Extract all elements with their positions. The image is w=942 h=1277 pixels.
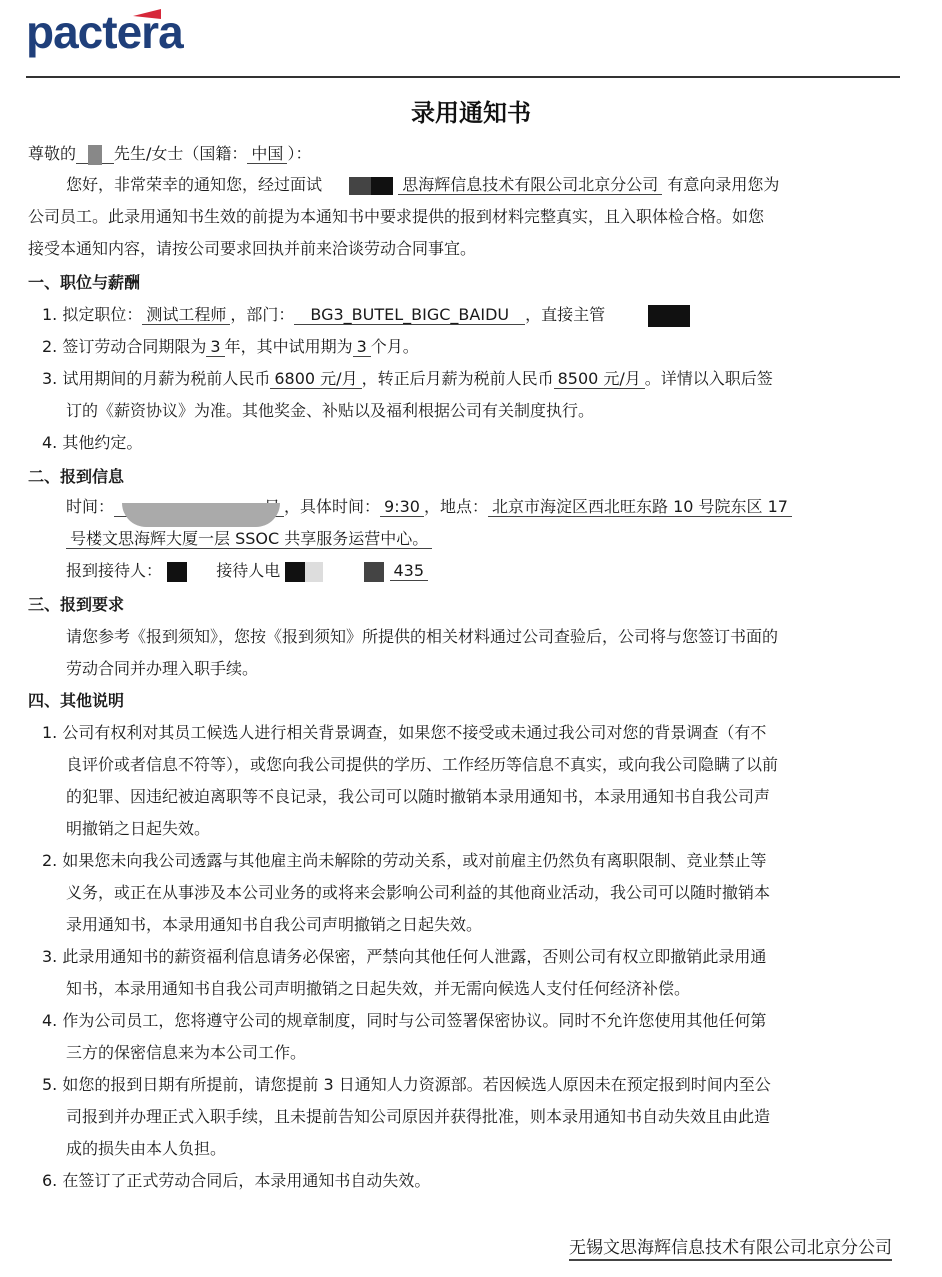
position-value: 测试工程师 [142, 305, 230, 325]
label: ，转正后月薪为税前人民币 [362, 369, 554, 388]
location-line-1: 北京市海淀区西北旺东路 10 号院东区 17 [488, 497, 792, 517]
note-2-line-2: 义务，或正在从事涉及本公司业务的或将来会影响公司利益的其他商业活动，我公司可以随… [66, 882, 770, 904]
note-1-line-1: 1. 公司有权利对其员工候选人进行相关背景调查，如果您不接受或未通过我公司对您的… [42, 722, 766, 744]
label: 。详情以入职后签 [645, 369, 773, 388]
honorific: 先生/女士（国籍： [114, 144, 247, 163]
note-text: 公司有权利对其员工候选人进行相关背景调查，如果您不接受或未通过我公司对您的背景调… [62, 723, 766, 742]
salary-line-2: 订的《薪资协议》为准。其他奖金、补贴以及福利根据公司有关制度执行。 [66, 400, 594, 422]
contract-term-line: 2. 签订劳动合同期限为3年，其中试用期为3个月。 [42, 336, 419, 358]
label: 拟定职位： [62, 305, 142, 324]
requirements-line-2: 劳动合同并办理入职手续。 [66, 658, 258, 680]
intro-text: 有意向录用您为 [667, 175, 779, 194]
document-title: 录用通知书 [0, 93, 942, 128]
label: 其他约定。 [62, 433, 142, 452]
label: 年，其中试用期为 [225, 337, 353, 356]
header-divider [26, 76, 900, 78]
redaction-block [371, 177, 393, 195]
note-3-line-2: 知书，本录用通知书自我公司声明撤销之日起失效，并无需向候选人支付任何经济补偿。 [66, 978, 690, 1000]
note-2-line-1: 2. 如果您未向我公司透露与其他雇主尚未解除的劳动关系，或对前雇主仍然负有离职限… [42, 850, 766, 872]
company-name: 思海辉信息技术有限公司北京分公司 [398, 175, 662, 195]
label: 报到接待人： [66, 561, 162, 580]
note-text: 在签订了正式劳动合同后，本录用通知书自动失效。 [62, 1171, 430, 1190]
item-number: 5. [42, 1075, 57, 1094]
note-5-line-1: 5. 如您的报到日期有所提前，请您提前 3 日通知人力资源部。若因候选人原因未在… [42, 1074, 771, 1096]
receptionist-redaction [167, 562, 187, 582]
company-signature: 无锡文思海辉信息技术有限公司北京分公司 [569, 1233, 892, 1261]
item-number: 3. [42, 947, 57, 966]
phone-redaction [364, 562, 384, 582]
item-number: 2. [42, 851, 57, 870]
label: 时间： [66, 497, 114, 516]
location-line-2-row: 号楼文思海辉大厦一层 SSOC 共享服务运营中心。 [66, 528, 432, 550]
note-1-line-3: 的犯罪、因违纪被迫离职等不良记录，我公司可以随时撤销本录用通知书，本录用通知书自… [66, 786, 770, 808]
candidate-name [76, 144, 114, 164]
other-agreement-line: 4. 其他约定。 [42, 432, 142, 454]
label: 签订劳动合同期限为 [62, 337, 206, 356]
nationality: 中国 [247, 144, 287, 164]
regular-salary: 8500 元/月 [554, 369, 645, 389]
label: 个月。 [371, 337, 419, 356]
phone-redaction [305, 562, 323, 582]
salutation: 尊敬的 [28, 144, 76, 163]
item-number: 2. [42, 337, 57, 356]
location-line-2: 号楼文思海辉大厦一层 SSOC 共享服务运营中心。 [66, 529, 432, 549]
note-6-line-1: 6. 在签订了正式劳动合同后，本录用通知书自动失效。 [42, 1170, 430, 1192]
salary-line: 3. 试用期间的月薪为税前人民币6800 元/月，转正后月薪为税前人民币8500… [42, 368, 773, 390]
contract-years: 3 [206, 337, 224, 357]
greeting-close: ）： [287, 144, 311, 163]
label: ，地点： [424, 497, 488, 516]
section-heading-report-info: 二、报到信息 [28, 466, 124, 488]
note-5-line-2: 司报到并办理正式入职手续，且未提前告知公司原因并获得批准，则本录用通知书自动失效… [66, 1106, 770, 1128]
label: 接待人电 [216, 561, 280, 580]
item-number: 3. [42, 369, 57, 388]
requirements-line-1: 请您参考《报到须知》，您按《报到须知》所提供的相关材料通过公司查验后，公司将与您… [66, 626, 778, 648]
phone-redaction [285, 562, 305, 582]
item-number: 4. [42, 1011, 57, 1030]
label: ，直接主管 [525, 305, 605, 324]
redaction-block [349, 177, 371, 195]
logo-flag-icon [133, 9, 161, 21]
note-1-line-4: 明撤销之日起失效。 [66, 818, 210, 840]
redaction-block [88, 145, 102, 165]
item-number: 1. [42, 723, 57, 742]
section-heading-report-requirements: 三、报到要求 [28, 594, 124, 616]
position-line: 1. 拟定职位：测试工程师，部门：BG3_BUTEL_BIGC_BAIDU，直接… [42, 304, 690, 327]
note-text: 此录用通知书的薪资福利信息请务必保密，严禁向其他任何人泄露，否则公司有权立即撤销… [62, 947, 766, 966]
date-redaction-smear [122, 503, 280, 527]
note-4-line-1: 4. 作为公司员工，您将遵守公司的规章制度，同时与公司签署保密协议。同时不允许您… [42, 1010, 766, 1032]
section-heading-other-notes: 四、其他说明 [28, 690, 124, 712]
label: ，部门： [230, 305, 294, 324]
note-4-line-2: 三方的保密信息来为本公司工作。 [66, 1042, 306, 1064]
supervisor-redaction [648, 305, 690, 327]
note-text: 如果您未向我公司透露与其他雇主尚未解除的劳动关系，或对前雇主仍然负有离职限制、竞… [62, 851, 766, 870]
probation-salary: 6800 元/月 [270, 369, 361, 389]
note-5-line-3: 成的损失由本人负担。 [66, 1138, 226, 1160]
intro-line-2: 公司员工。此录用通知书生效的前提为本通知书中要求提供的报到材料完整真实，且入职体… [28, 206, 764, 228]
intro-line-1: 您好，非常荣幸的通知您，经过面试 思海辉信息技术有限公司北京分公司 有意向录用您… [66, 174, 779, 196]
intro-line-3: 接受本通知内容，请按公司要求回执并前来洽谈劳动合同事宜。 [28, 238, 476, 260]
item-number: 6. [42, 1171, 57, 1190]
greeting-line: 尊敬的先生/女士（国籍：中国）： [28, 143, 311, 165]
note-3-line-1: 3. 此录用通知书的薪资福利信息请务必保密，严禁向其他任何人泄露，否则公司有权立… [42, 946, 766, 968]
label: ，具体时间： [284, 497, 380, 516]
section-heading-position-salary: 一、职位与薪酬 [28, 272, 140, 294]
department-value: BG3_BUTEL_BIGC_BAIDU [294, 305, 525, 325]
report-time: 9:30 [380, 497, 424, 517]
item-number: 4. [42, 433, 57, 452]
note-2-line-3: 录用通知书，本录用通知书自我公司声明撤销之日起失效。 [66, 914, 482, 936]
phone-tail: 435 [390, 561, 429, 581]
note-text: 作为公司员工，您将遵守公司的规章制度，同时与公司签署保密协议。同时不允许您使用其… [62, 1011, 766, 1030]
note-text: 如您的报到日期有所提前，请您提前 3 日通知人力资源部。若因候选人原因未在预定报… [62, 1075, 770, 1094]
label: 试用期间的月薪为税前人民币 [62, 369, 270, 388]
pactera-logo: pactera [26, 6, 183, 58]
receptionist-line: 报到接待人： 接待人电 435 [66, 560, 428, 582]
item-number: 1. [42, 305, 57, 324]
probation-months: 3 [353, 337, 371, 357]
intro-text: 您好，非常荣幸的通知您，经过面试 [66, 175, 322, 194]
note-1-line-2: 良评价或者信息不符等），或您向我公司提供的学历、工作经历等信息不真实，或向我公司… [66, 754, 778, 776]
